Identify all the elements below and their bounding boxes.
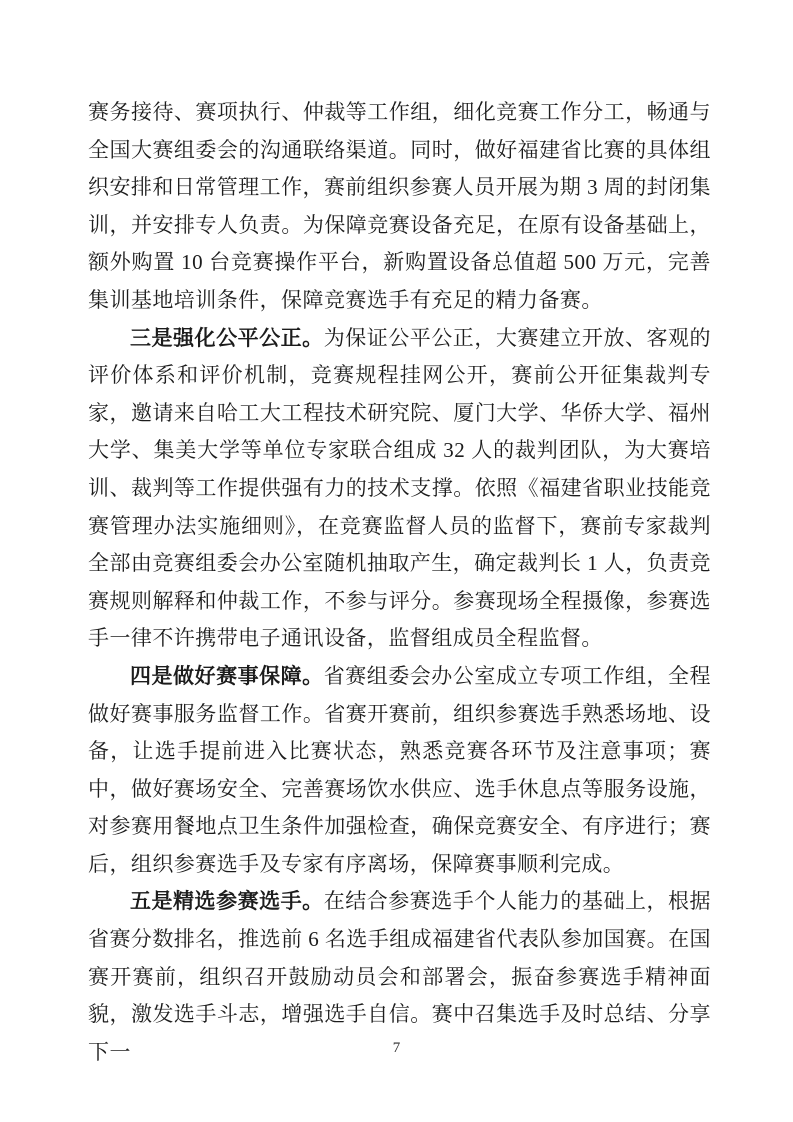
paragraph-text: 赛务接待、赛项执行、仲裁等工作组，细化竞赛工作分工，畅通与全国大赛组委会的沟通联… <box>88 100 711 312</box>
paragraph-point-three: 三是强化公平公正。为保证公平公正，大赛建立开放、客观的评价体系和评价机制，竞赛规… <box>88 320 711 658</box>
paragraph-text: 为保证公平公正，大赛建立开放、客观的评价体系和评价机制，竞赛规程挂网公开，赛前公… <box>88 326 711 651</box>
paragraph-lead: 四是做好赛事保障。 <box>130 664 324 688</box>
document-body: 赛务接待、赛项执行、仲裁等工作组，细化竞赛工作分工，畅通与全国大赛组委会的沟通联… <box>88 94 711 1071</box>
paragraph-text: 省赛组委会办公室成立专项工作组，全程做好赛事服务监督工作。省赛开赛前，组织参赛选… <box>88 664 711 876</box>
paragraph-lead: 三是强化公平公正。 <box>130 326 324 350</box>
paragraph-point-four: 四是做好赛事保障。省赛组委会办公室成立专项工作组，全程做好赛事服务监督工作。省赛… <box>88 658 711 884</box>
paragraph-continuation: 赛务接待、赛项执行、仲裁等工作组，细化竞赛工作分工，畅通与全国大赛组委会的沟通联… <box>88 94 711 320</box>
paragraph-lead: 五是精选参赛选手。 <box>130 889 324 913</box>
document-page: 赛务接待、赛项执行、仲裁等工作组，细化竞赛工作分工，畅通与全国大赛组委会的沟通联… <box>0 0 793 1122</box>
page-number: 7 <box>0 1038 793 1058</box>
